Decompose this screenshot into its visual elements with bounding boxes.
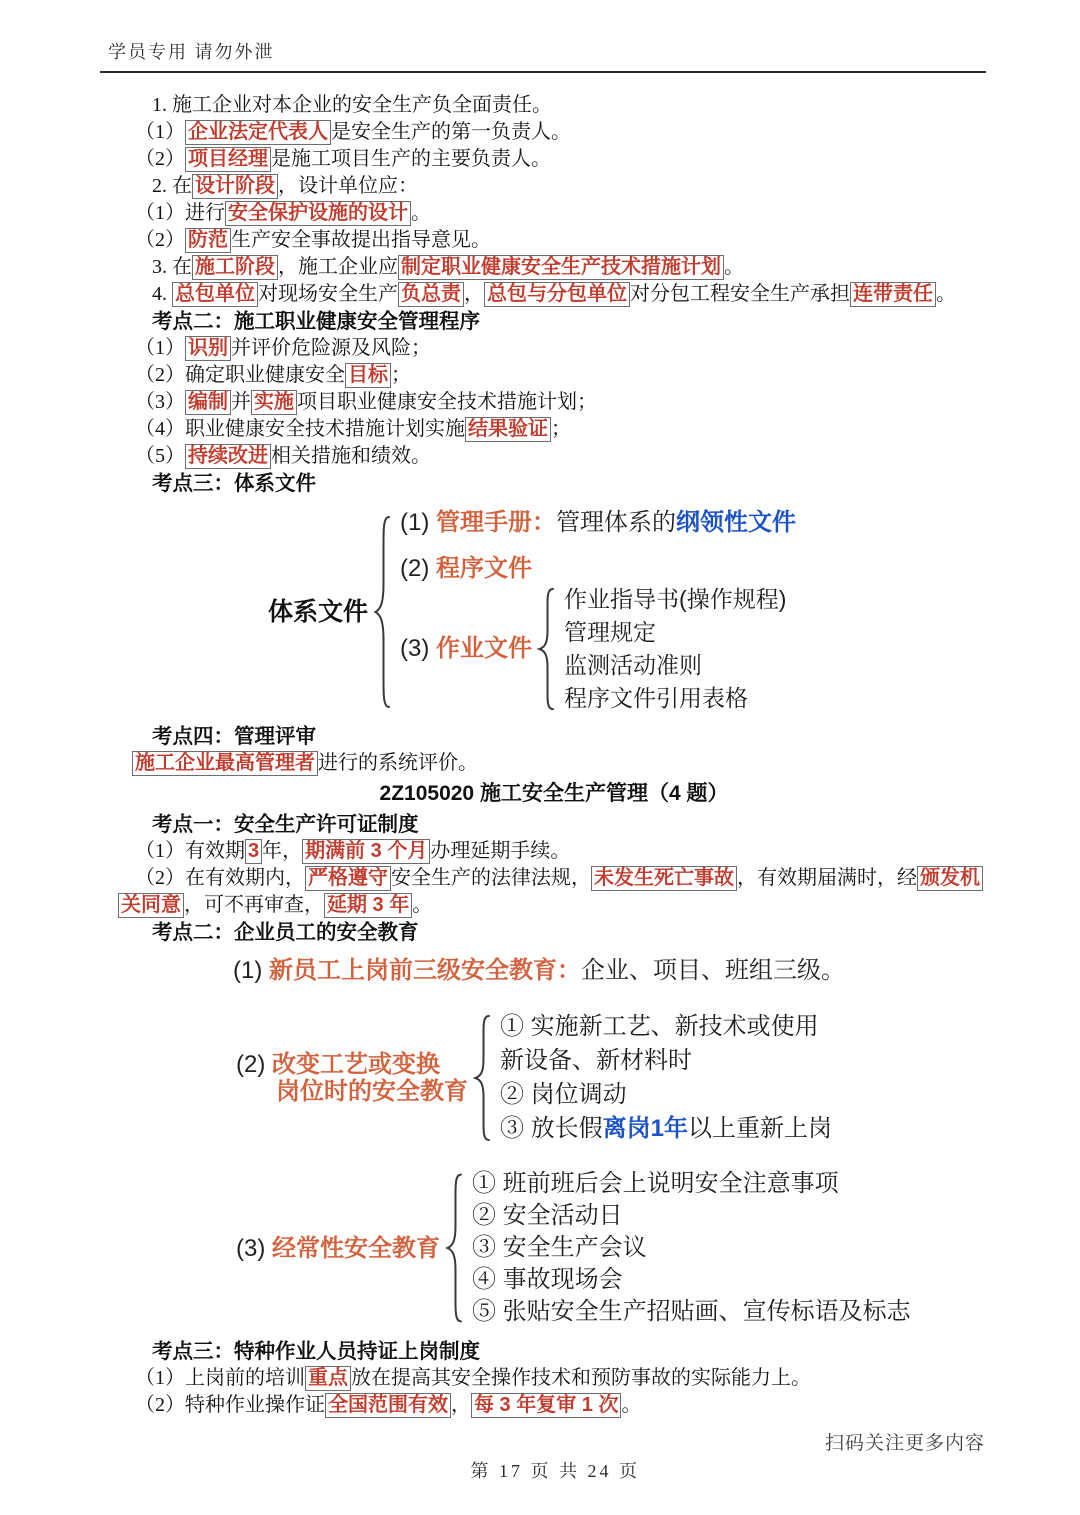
text-run: ，施工企业应 (278, 256, 398, 278)
text-run: 年， (262, 840, 302, 862)
text-run: 项目职业健康安全技术措施计划； (297, 391, 597, 413)
highlight-term: 施工阶段 (192, 255, 278, 280)
text-run: 进行的系统评价。 (318, 752, 478, 774)
list-item: （2）在有效期内，严格遵守安全生产的法律法规，未发生死亡事故，有效期届满时，经颁… (135, 865, 990, 892)
sub-item: ① 实施新工艺、新技术或使用 (500, 1010, 832, 1044)
sub-item: ⑤ 张贴安全生产招贴画、宣传标语及标志 (472, 1296, 911, 1328)
text-run: 并评价危险源及风险； (231, 337, 431, 359)
kaodian-heading: 考点三：体系文件 (152, 470, 990, 497)
highlight-term: 持续改进 (185, 444, 271, 469)
sub-item: 管理规定 (564, 616, 786, 649)
text-run: 。 (412, 894, 432, 916)
text-run: 。 (411, 202, 431, 224)
text-run: 放在提高其安全操作技术和预防事故的实际能力上。 (351, 1367, 811, 1389)
text-run: 企业、项目、班组三级。 (581, 957, 845, 984)
item-title: 改变工艺或变换 (272, 1051, 440, 1078)
sub-item: 作业指导书(操作规程) (564, 583, 786, 616)
diagram-root-label: 体系文件 (268, 598, 368, 626)
highlight-term: 实施 (251, 390, 297, 415)
text-run: 。 (621, 1394, 641, 1416)
diagram-row: (3) 经常性安全教育 ① 班前班后会上说明安全注意事项 ② 安全活动日 ③ 安… (236, 1168, 990, 1328)
highlight-term: 总包单位 (172, 282, 258, 307)
text-run: （1）有效期 (135, 840, 245, 862)
kaodian-heading: 考点四：管理评审 (152, 723, 990, 750)
list-item: （4）职业健康安全技术措施计划实施结果验证； (135, 416, 990, 443)
sub-item: ④ 事故现场会 (472, 1264, 911, 1296)
highlight-term: 安全保护设施的设计 (225, 201, 411, 226)
sub-item: ③ 放长假离岗1年以上重新上岗 (500, 1112, 832, 1146)
list-item: （1）识别并评价危险源及风险； (135, 335, 990, 362)
highlight-term: 项目经理 (185, 147, 271, 172)
text-run: （2）特种作业操作证 (135, 1394, 325, 1416)
item-title: 作业文件 (436, 635, 532, 662)
sub-item: ③ 安全生产会议 (472, 1232, 911, 1264)
text-run: ， (464, 283, 484, 305)
kaodian-heading: 考点二：施工职业健康安全管理程序 (152, 308, 990, 335)
text-run: （1） (135, 121, 185, 143)
highlight-term: 目标 (345, 363, 391, 388)
text-run: ； (551, 418, 571, 440)
diagram-sub-items: ① 班前班后会上说明安全注意事项 ② 安全活动日 ③ 安全生产会议 ④ 事故现场… (472, 1168, 911, 1328)
text-run: 是施工项目生产的主要负责人。 (271, 148, 551, 170)
chapter-title: 2Z105020 施工安全生产管理（4 题） (118, 777, 990, 811)
kaodian-heading: 考点一：安全生产许可证制度 (152, 811, 990, 838)
highlight-term: 编制 (185, 390, 231, 415)
text-run: （1）进行 (135, 202, 225, 224)
highlight-term: 全国范围有效 (325, 1393, 451, 1418)
brace-icon (444, 1170, 464, 1326)
sub-item: 程序文件引用表格 (564, 682, 786, 715)
list-item: （1）企业法定代表人是安全生产的第一负责人。 (135, 119, 990, 146)
list-item: 4. 总包单位对现场安全生产负总责，总包与分包单位对分包工程安全生产承担连带责任… (152, 281, 990, 308)
list-item: （3）编制并实施项目职业健康安全技术措施计划； (135, 389, 990, 416)
text-run: 相关措施和绩效。 (271, 445, 431, 467)
item-title: 经常性安全教育 (272, 1235, 440, 1262)
item-number: (2) (236, 1051, 272, 1078)
highlight-term: 每 3 年复审 1 次 (471, 1393, 621, 1418)
item-number: (3) (400, 635, 429, 662)
sub-item: 监测活动准则 (564, 649, 786, 682)
text-run: ； (391, 364, 411, 386)
text-run: （4）职业健康安全技术措施计划实施 (135, 418, 465, 440)
list-item: （2）项目经理是施工项目生产的主要负责人。 (135, 146, 990, 173)
key-term: 离岗1年 (603, 1115, 688, 1142)
diagram-row: 体系文件 (1) 管理手册：管理体系的纲领性文件 (2) 程序文件 (3) 作业… (268, 509, 990, 715)
text-run: 管理体系的 (556, 509, 676, 536)
text-run: （3） (135, 391, 185, 413)
header-notice: 学员专用 请勿外泄 (108, 38, 275, 64)
page-content: 1. 施工企业对本企业的安全生产负全面责任。 （1）企业法定代表人是安全生产的第… (118, 92, 990, 1419)
list-item: 施工企业最高管理者进行的系统评价。 (132, 750, 990, 777)
header-rule (100, 71, 986, 73)
text-run: 生产安全事故提出指导意见。 (231, 229, 491, 251)
brace-icon (536, 585, 556, 713)
list-item: 1. 施工企业对本企业的安全生产负全面责任。 (152, 92, 990, 119)
text-run: 。 (724, 256, 744, 278)
highlight-term: 未发生死亡事故 (591, 866, 737, 891)
text-run: 2. 在 (152, 175, 192, 197)
diagram-row: (2) 改变工艺或变换 岗位时的安全教育 ① 实施新工艺、新技术或使用 新设备、… (236, 1010, 990, 1146)
list-item: （2）特种作业操作证全国范围有效，每 3 年复审 1 次。 (135, 1392, 990, 1419)
text-run: 4. (152, 283, 172, 305)
list-item: （2）防范生产安全事故提出指导意见。 (135, 227, 990, 254)
text-run: ，有效期届满时，经 (737, 867, 917, 889)
brace-icon (472, 1012, 492, 1144)
highlight-term: 制定职业健康安全生产技术措施计划 (398, 255, 724, 280)
sub-item: ② 岗位调动 (500, 1078, 832, 1112)
list-item: 关同意，可不再审查，延期 3 年。 (118, 892, 990, 919)
list-item: （1）有效期3年，期满前 3 个月办理延期手续。 (135, 838, 990, 865)
text-run: （2） (135, 148, 185, 170)
diagram-item: (3) 作业文件 (400, 635, 532, 663)
list-item: （2）确定职业健康安全目标； (135, 362, 990, 389)
text-run: ③ 放长假 (500, 1115, 603, 1142)
system-documents-diagram: 体系文件 (1) 管理手册：管理体系的纲领性文件 (2) 程序文件 (3) 作业… (268, 509, 990, 715)
item-number: (3) (236, 1235, 272, 1262)
highlight-term: 施工企业最高管理者 (132, 751, 318, 776)
sub-item: ① 班前班后会上说明安全注意事项 (472, 1168, 911, 1200)
highlight-term: 负总责 (398, 282, 464, 307)
page-number: 第 17 页 共 24 页 (0, 1457, 640, 1483)
highlight-term: 设计阶段 (192, 174, 278, 199)
text-run: 并 (231, 391, 251, 413)
sub-item: 新设备、新材料时 (500, 1044, 832, 1078)
list-item: （1）上岗前的培训重点放在提高其安全操作技术和预防事故的实际能力上。 (135, 1365, 990, 1392)
diagram-sub-row: (3) 作业文件 作业指导书(操作规程) 管理规定 监测活动准则 程序文件引用表… (400, 583, 796, 715)
diagram-item: (2) 程序文件 (400, 555, 796, 583)
text-run: 对分包工程安全生产承担 (630, 283, 850, 305)
diagram-item: (1) 管理手册：管理体系的纲领性文件 (400, 509, 796, 537)
highlight-term: 连带责任 (850, 282, 936, 307)
text-run: （5） (135, 445, 185, 467)
text-run: 1. 施工企业对本企业的安全生产负全面责任。 (152, 94, 552, 116)
list-item: 2. 在设计阶段，设计单位应： (152, 173, 990, 200)
diagram-item: (1) 新员工上岗前三级安全教育：企业、项目、班组三级。 (233, 956, 990, 986)
diagram-item: (3) 经常性安全教育 (236, 1235, 440, 1262)
kaodian-heading: 考点二：企业员工的安全教育 (152, 919, 990, 946)
item-number: (2) (400, 555, 429, 582)
scan-note: 扫码关注更多内容 (825, 1428, 985, 1455)
text-run: 是安全生产的第一负责人。 (331, 121, 571, 143)
diagram-item: (2) 改变工艺或变换 岗位时的安全教育 (236, 1051, 468, 1105)
text-run: 办理延期手续。 (430, 840, 570, 862)
item-title: 新员工上岗前三级安全教育： (269, 957, 581, 984)
highlight-term: 颁发机 (917, 866, 983, 891)
highlight-term: 严格遵守 (305, 866, 391, 891)
highlight-term: 3 (245, 839, 262, 864)
highlight-term: 重点 (305, 1366, 351, 1391)
text-run: 3. 在 (152, 256, 192, 278)
diagram-sub-items: 作业指导书(操作规程) 管理规定 监测活动准则 程序文件引用表格 (564, 583, 786, 715)
brace-icon (372, 511, 392, 713)
highlight-term: 期满前 3 个月 (302, 839, 430, 864)
text-run: （2）在有效期内， (135, 867, 305, 889)
text-run: （2） (135, 229, 185, 251)
highlight-term: 识别 (185, 336, 231, 361)
diagram-items: (1) 管理手册：管理体系的纲领性文件 (2) 程序文件 (3) 作业文件 作业… (400, 509, 796, 715)
item-title: 岗位时的安全教育 (236, 1078, 468, 1105)
text-run: 安全生产的法律法规， (391, 867, 591, 889)
text-run: （1） (135, 337, 185, 359)
list-item: （1）进行安全保护设施的设计。 (135, 200, 990, 227)
text-run: ， (451, 1394, 471, 1416)
document-page: 学员专用 请勿外泄 1. 施工企业对本企业的安全生产负全面责任。 （1）企业法定… (0, 0, 1080, 1515)
list-item: （5）持续改进相关措施和绩效。 (135, 443, 990, 470)
diagram-sub-items: ① 实施新工艺、新技术或使用 新设备、新材料时 ② 岗位调动 ③ 放长假离岗1年… (500, 1010, 832, 1146)
list-item: 3. 在施工阶段，施工企业应制定职业健康安全生产技术措施计划。 (152, 254, 990, 281)
item-number: (1) (233, 957, 262, 984)
highlight-term: 关同意 (118, 893, 184, 918)
sub-item: ② 安全活动日 (472, 1200, 911, 1232)
item-title: 管理手册： (436, 509, 556, 536)
text-run: ，设计单位应： (278, 175, 418, 197)
text-run: ，可不再审查， (184, 894, 324, 916)
safety-education-diagram: (1) 新员工上岗前三级安全教育：企业、项目、班组三级。 (2) 改变工艺或变换… (118, 956, 990, 1328)
item-title: 程序文件 (436, 555, 532, 582)
highlight-term: 企业法定代表人 (185, 120, 331, 145)
highlight-term: 防范 (185, 228, 231, 253)
item-number: (1) (400, 509, 429, 536)
text-run: 。 (936, 283, 956, 305)
text-run: 对现场安全生产 (258, 283, 398, 305)
kaodian-heading: 考点三：特种作业人员持证上岗制度 (152, 1338, 990, 1365)
highlight-term: 结果验证 (465, 417, 551, 442)
highlight-term: 总包与分包单位 (484, 282, 630, 307)
highlight-term: 延期 3 年 (324, 893, 412, 918)
key-term: 纲领性文件 (676, 509, 796, 536)
text-run: 以上重新上岗 (688, 1115, 832, 1142)
text-run: （2）确定职业健康安全 (135, 364, 345, 386)
text-run: （1）上岗前的培训 (135, 1367, 305, 1389)
